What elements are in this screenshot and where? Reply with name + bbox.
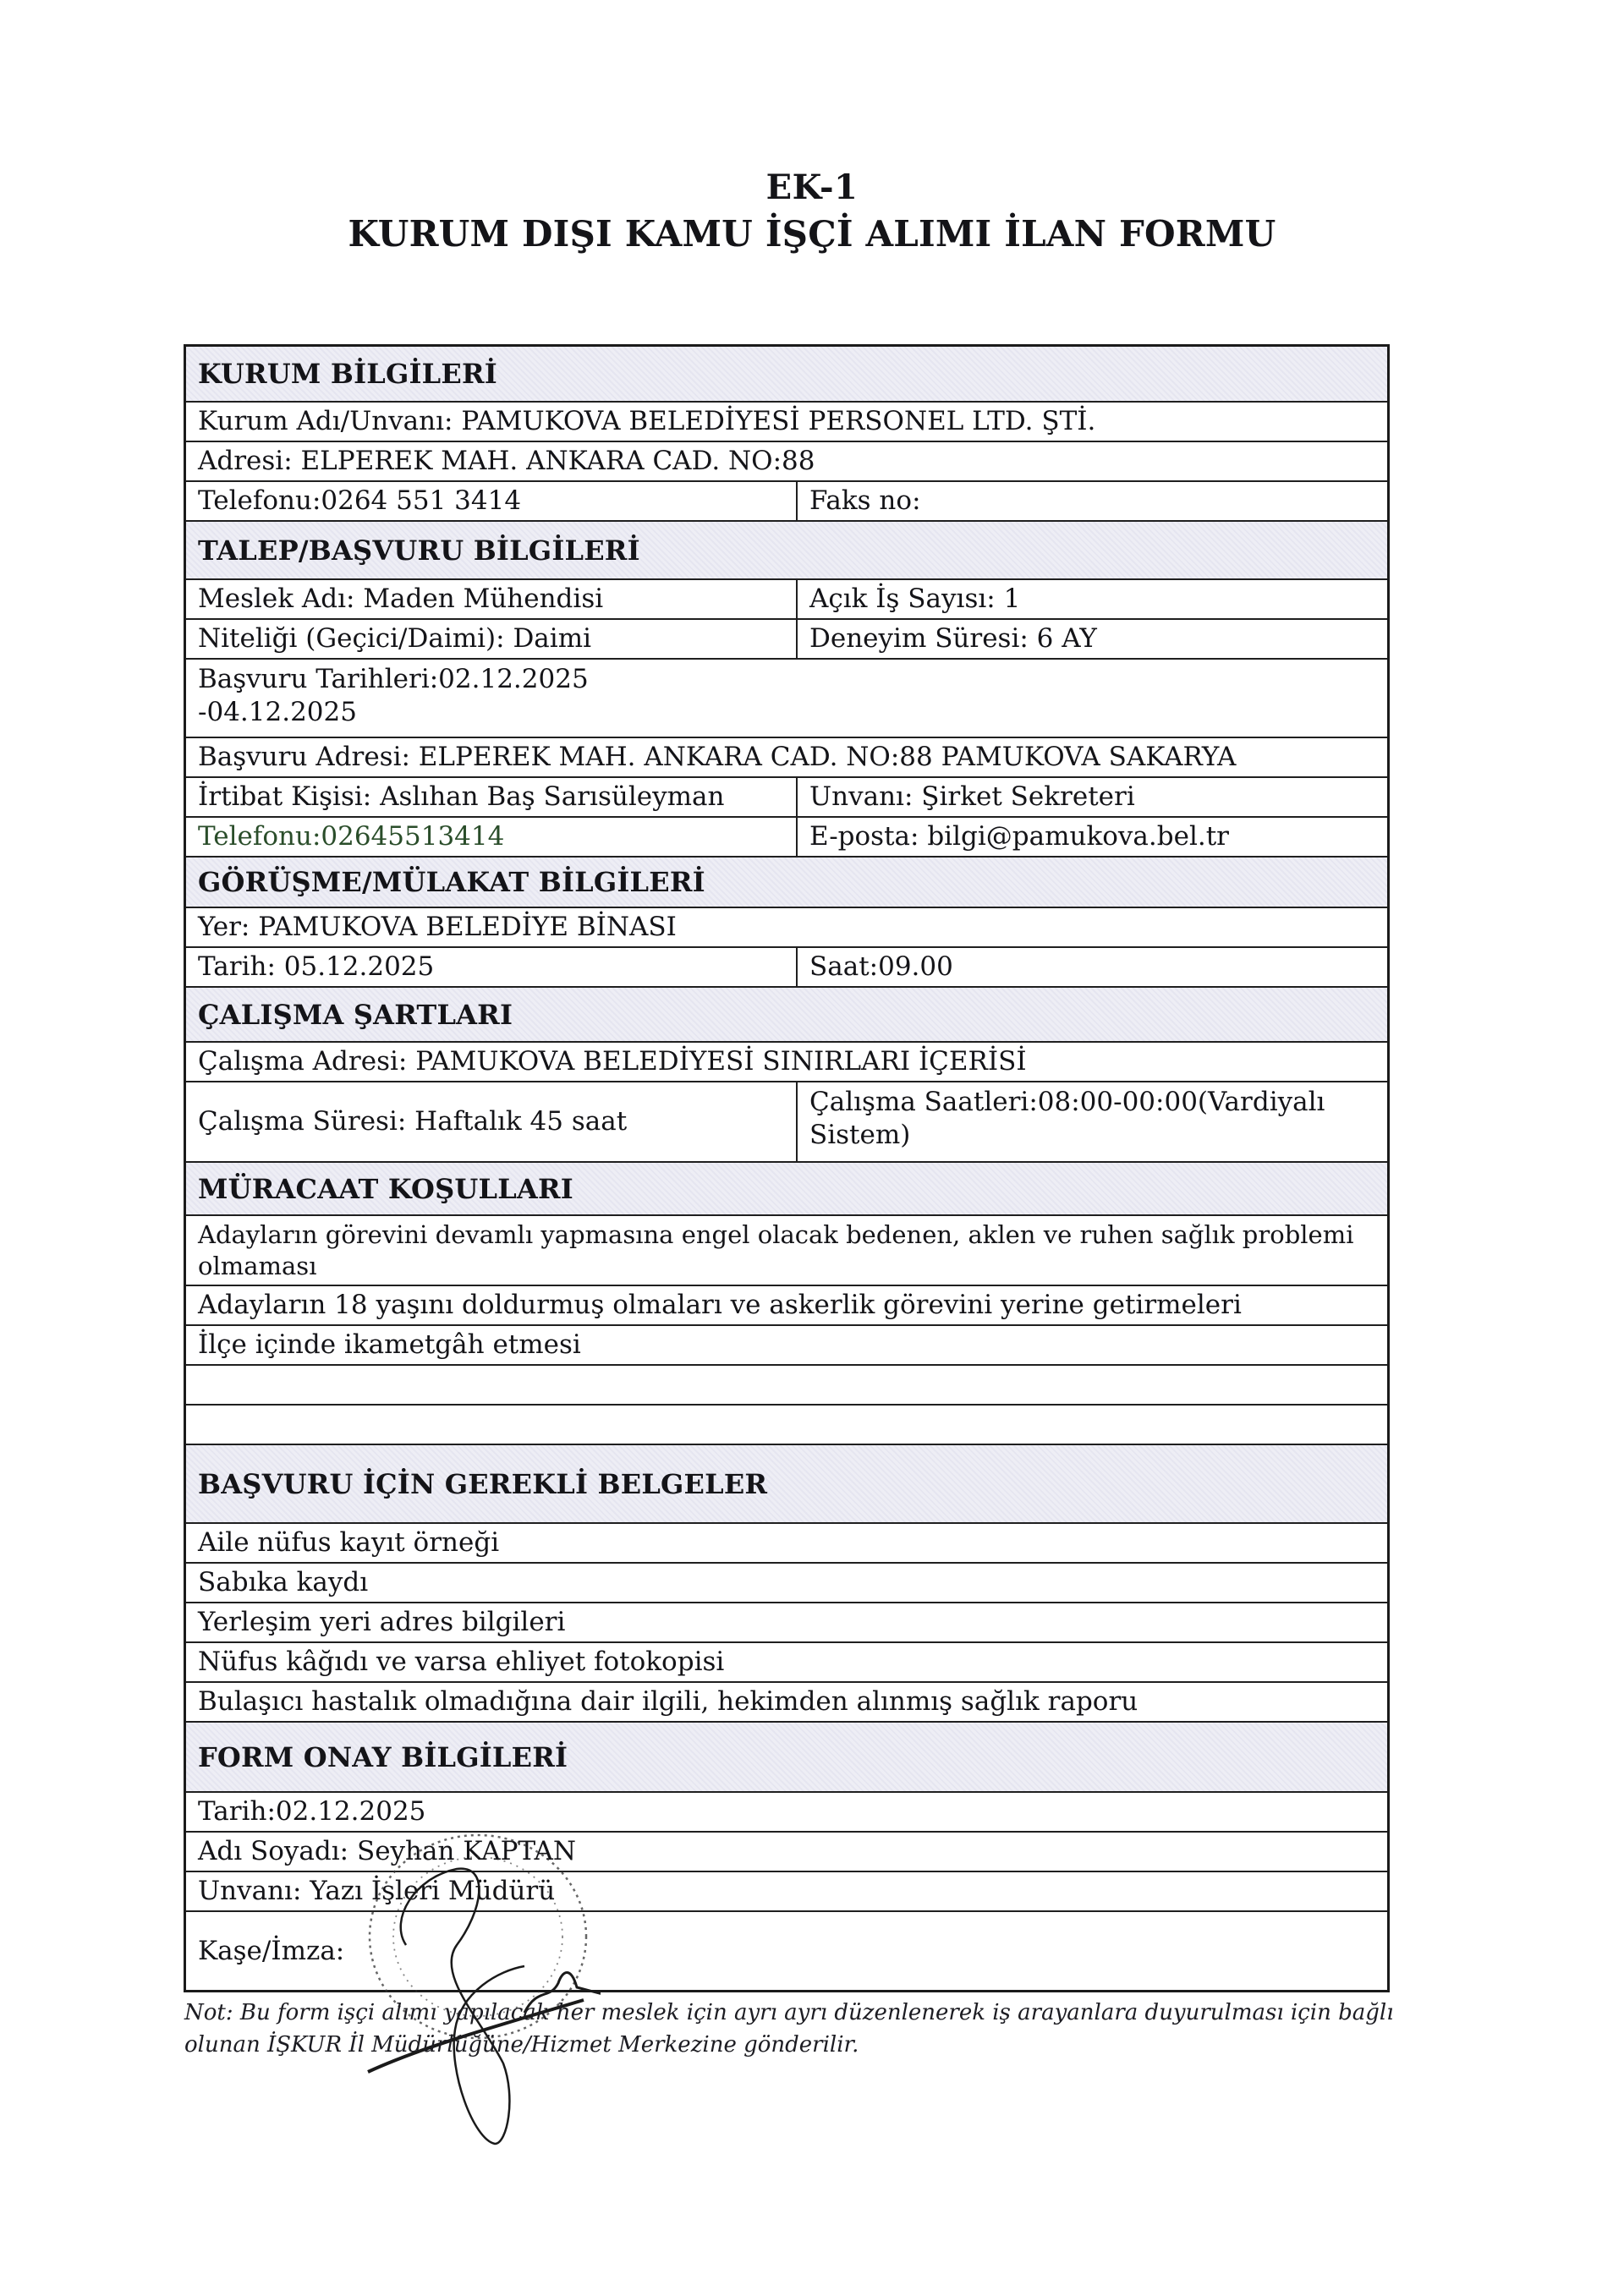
document-item: Sabıka kaydı: [186, 1564, 1387, 1602]
interview-date-field: Tarih: 05.12.2025: [186, 948, 798, 986]
nature-field: Niteliği (Geçici/Daimi): Daimi: [186, 620, 798, 658]
section-title: TALEP/BAŞVURU BİLGİLERİ: [186, 522, 1387, 578]
contact-email-field: E-posta: bilgi@pamukova.bel.tr: [798, 818, 1387, 856]
row-kurum-address: Adresi: ELPEREK MAH. ANKARA CAD. NO:88: [186, 442, 1387, 482]
experience-field: Deneyim Süresi: 6 AY: [798, 620, 1387, 658]
condition-row: Adayların 18 yaşını doldurmuş olmaları v…: [186, 1286, 1387, 1326]
condition-text: Adayların 18 yaşını doldurmuş olmaları v…: [186, 1286, 1387, 1324]
section-header-calisma: ÇALIŞMA ŞARTLARI: [186, 988, 1387, 1043]
condition-text: [186, 1366, 1387, 1404]
section-title: FORM ONAY BİLGİLERİ: [186, 1723, 1387, 1791]
section-title: KURUM BİLGİLERİ: [186, 347, 1387, 401]
row-work-hours: Çalışma Süresi: Haftalık 45 saat Çalışma…: [186, 1082, 1387, 1163]
document-item: Nüfus kâğıdı ve varsa ehliyet fotokopisi: [186, 1643, 1387, 1681]
row-profession: Meslek Adı: Maden Mühendisi Açık İş Sayı…: [186, 580, 1387, 620]
row-application-address: Başvuru Adresi: ELPEREK MAH. ANKARA CAD.…: [186, 738, 1387, 778]
section-title: BAŞVURU İÇİN GEREKLİ BELGELER: [186, 1445, 1387, 1522]
condition-text: [186, 1406, 1387, 1444]
approver-title-field: Unvanı: Yazı İşleri Müdürü: [186, 1872, 1387, 1910]
footnote: Not: Bu form işçi alımı yapılacak her me…: [184, 1997, 1436, 2061]
document-row: Nüfus kâğıdı ve varsa ehliyet fotokopisi: [186, 1643, 1387, 1683]
row-interview-place: Yer: PAMUKOVA BELEDİYE BİNASI: [186, 908, 1387, 948]
work-hours-field: Çalışma Saatleri:08:00-00:00(Vardiyalı S…: [798, 1082, 1387, 1161]
condition-row-empty: [186, 1406, 1387, 1445]
application-dates-line2: -04.12.2025: [198, 696, 1375, 729]
contact-title-field: Unvanı: Şirket Sekreteri: [798, 778, 1387, 816]
section-header-kurum: KURUM BİLGİLERİ: [186, 347, 1387, 403]
application-dates-field: Başvuru Tarihleri:02.12.2025 -04.12.2025: [186, 660, 1387, 737]
announcement-form-table: KURUM BİLGİLERİ Kurum Adı/Unvanı: PAMUKO…: [184, 344, 1390, 1992]
kurum-phone-field: Telefonu:0264 551 3414: [186, 482, 798, 520]
row-stamp-signature: Kaşe/İmza:: [186, 1912, 1387, 1990]
row-kurum-contact: Telefonu:0264 551 3414 Faks no:: [186, 482, 1387, 522]
document-item: Yerleşim yeri adres bilgileri: [186, 1603, 1387, 1641]
condition-text: İlçe içinde ikametgâh etmesi: [186, 1326, 1387, 1364]
row-approval-date: Tarih:02.12.2025: [186, 1793, 1387, 1833]
row-interview-datetime: Tarih: 05.12.2025 Saat:09.00: [186, 948, 1387, 988]
condition-row: İlçe içinde ikametgâh etmesi: [186, 1326, 1387, 1366]
work-hours-line1: Çalışma Saatleri:08:00-00:00(Vardiyalı: [809, 1086, 1375, 1119]
work-duration-field: Çalışma Süresi: Haftalık 45 saat: [186, 1082, 798, 1161]
application-address-field: Başvuru Adresi: ELPEREK MAH. ANKARA CAD.…: [186, 738, 1387, 776]
section-title: MÜRACAAT KOŞULLARI: [186, 1163, 1387, 1214]
section-header-gorusme: GÖRÜŞME/MÜLAKAT BİLGİLERİ: [186, 858, 1387, 908]
approval-date-field: Tarih:02.12.2025: [186, 1793, 1387, 1831]
section-title: GÖRÜŞME/MÜLAKAT BİLGİLERİ: [186, 858, 1387, 907]
row-application-dates: Başvuru Tarihleri:02.12.2025 -04.12.2025: [186, 660, 1387, 738]
profession-field: Meslek Adı: Maden Mühendisi: [186, 580, 798, 618]
document-item: Aile nüfus kayıt örneği: [186, 1524, 1387, 1562]
open-positions-field: Açık İş Sayısı: 1: [798, 580, 1387, 618]
form-title: KURUM DIŞI KAMU İŞÇİ ALIMI İLAN FORMU: [0, 213, 1624, 255]
document-row: Aile nüfus kayıt örneği: [186, 1524, 1387, 1564]
kurum-address-field: Adresi: ELPEREK MAH. ANKARA CAD. NO:88: [186, 442, 1387, 480]
condition-row-empty: [186, 1366, 1387, 1406]
row-approver-name: Adı Soyadı: Seyhan KAPTAN: [186, 1833, 1387, 1872]
stamp-signature-field: Kaşe/İmza:: [186, 1912, 1387, 1990]
condition-row: Adayların görevini devamlı yapmasına eng…: [186, 1216, 1387, 1286]
document-row: Bulaşıcı hastalık olmadığına dair ilgili…: [186, 1683, 1387, 1723]
application-dates-line1: Başvuru Tarihleri:02.12.2025: [198, 663, 1375, 696]
kurum-fax-field: Faks no:: [798, 482, 1387, 520]
section-header-onay: FORM ONAY BİLGİLERİ: [186, 1723, 1387, 1793]
work-hours-line2: Sistem): [809, 1119, 1375, 1152]
row-contact-person: İrtibat Kişisi: Aslıhan Baş Sarısüleyman…: [186, 778, 1387, 818]
contact-phone-field: Telefonu:02645513414: [186, 818, 798, 856]
condition-text: Adayların görevini devamlı yapmasına eng…: [186, 1216, 1387, 1285]
work-address-field: Çalışma Adresi: PAMUKOVA BELEDİYESİ SINI…: [186, 1043, 1387, 1081]
interview-time-field: Saat:09.00: [798, 948, 1387, 986]
row-work-address: Çalışma Adresi: PAMUKOVA BELEDİYESİ SINI…: [186, 1043, 1387, 1082]
document-row: Sabıka kaydı: [186, 1564, 1387, 1603]
row-nature: Niteliği (Geçici/Daimi): Daimi Deneyim S…: [186, 620, 1387, 660]
document-item: Bulaşıcı hastalık olmadığına dair ilgili…: [186, 1683, 1387, 1721]
document-row: Yerleşim yeri adres bilgileri: [186, 1603, 1387, 1643]
row-kurum-name: Kurum Adı/Unvanı: PAMUKOVA BELEDİYESİ PE…: [186, 403, 1387, 442]
section-header-muracaat: MÜRACAAT KOŞULLARI: [186, 1163, 1387, 1216]
section-header-belgeler: BAŞVURU İÇİN GEREKLİ BELGELER: [186, 1445, 1387, 1524]
section-header-talep: TALEP/BAŞVURU BİLGİLERİ: [186, 522, 1387, 580]
row-approver-title: Unvanı: Yazı İşleri Müdürü: [186, 1872, 1387, 1912]
kurum-name-field: Kurum Adı/Unvanı: PAMUKOVA BELEDİYESİ PE…: [186, 403, 1387, 441]
row-contact-phone-email: Telefonu:02645513414 E-posta: bilgi@pamu…: [186, 818, 1387, 858]
section-title: ÇALIŞMA ŞARTLARI: [186, 988, 1387, 1041]
contact-person-field: İrtibat Kişisi: Aslıhan Baş Sarısüleyman: [186, 778, 798, 816]
annex-label: EK-1: [0, 167, 1624, 207]
approver-name-field: Adı Soyadı: Seyhan KAPTAN: [186, 1833, 1387, 1871]
interview-place-field: Yer: PAMUKOVA BELEDİYE BİNASI: [186, 908, 1387, 946]
